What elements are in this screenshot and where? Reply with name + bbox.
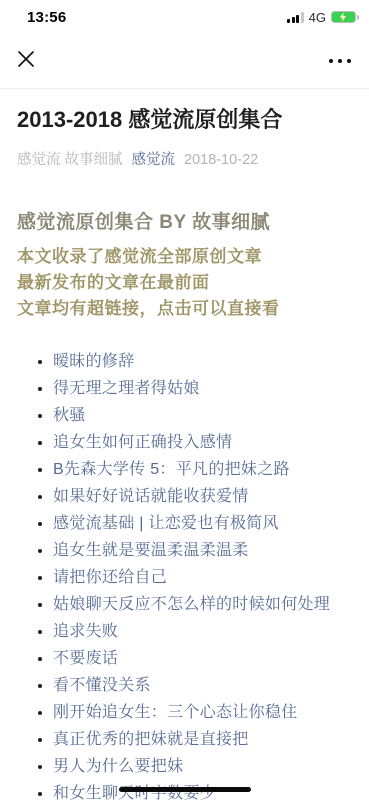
list-item: 请把你还给自己: [53, 564, 352, 591]
article-link[interactable]: 暧昧的修辞: [53, 353, 135, 370]
article-link[interactable]: 秋骚: [53, 407, 86, 424]
article-link[interactable]: 得无理之理者得姑娘: [53, 380, 200, 397]
list-item: 男人为什么要把妹: [53, 753, 352, 780]
article-link[interactable]: 看不懂没关系: [53, 677, 151, 694]
network-type-label: 4G: [309, 10, 326, 25]
clock: 13:56: [27, 9, 66, 26]
article-link[interactable]: 刚开始追女生：三个心态让你稳住: [53, 704, 298, 721]
list-item: B先森大学传 5：平凡的把妹之路: [53, 456, 352, 483]
phone-screen: 13:56 4G 2013-2018 感觉流原创集合 感觉: [0, 0, 369, 800]
list-item: 不要废话: [53, 645, 352, 672]
battery-charging-icon: [331, 11, 356, 23]
list-item: 感觉流基础 | 让恋爱也有极简风: [53, 510, 352, 537]
status-icons: 4G: [287, 10, 356, 25]
article-link[interactable]: 如果好好说话就能收获爱情: [53, 488, 249, 505]
list-item: 如果好好说话就能收获爱情: [53, 483, 352, 510]
article-link[interactable]: 追求失败: [53, 623, 118, 640]
home-indicator[interactable]: [119, 787, 251, 792]
list-item: 姑娘聊天反应不怎么样的时候如何处理: [53, 591, 352, 618]
list-item: 追求失败: [53, 618, 352, 645]
list-item: 追女生如何正确投入感情: [53, 429, 352, 456]
article-link-list: 暧昧的修辞 得无理之理者得姑娘 秋骚 追女生如何正确投入感情 B先森大学传 5：…: [17, 348, 352, 800]
article-title: 2013-2018 感觉流原创集合: [17, 104, 352, 135]
article-link[interactable]: 追女生如何正确投入感情: [53, 434, 232, 451]
close-icon: [16, 49, 36, 69]
article-meta: 感觉流 故事细腻 感觉流 2018-10-22: [17, 148, 352, 169]
article-link[interactable]: B先森大学传 5：平凡的把妹之路: [53, 461, 290, 478]
article-link[interactable]: 男人为什么要把妹: [53, 758, 183, 775]
article-body: 2013-2018 感觉流原创集合 感觉流 故事细腻 感觉流 2018-10-2…: [0, 104, 369, 800]
author-label: 感觉流 故事细腻: [17, 148, 123, 169]
list-item: 追女生就是要温柔温柔温柔: [53, 537, 352, 564]
article-link[interactable]: 不要废话: [53, 650, 118, 667]
article-link[interactable]: 姑娘聊天反应不怎么样的时候如何处理: [53, 596, 330, 613]
article-link[interactable]: 感觉流基础 | 让恋爱也有极简风: [53, 515, 279, 532]
signal-strength-icon: [287, 12, 304, 23]
article-link[interactable]: 请把你还给自己: [53, 569, 167, 586]
list-item: 秋骚: [53, 402, 352, 429]
more-options-button[interactable]: [329, 55, 352, 64]
lightning-bolt-icon: [338, 12, 348, 22]
close-button[interactable]: [16, 49, 36, 69]
publish-date: 2018-10-22: [184, 152, 258, 168]
list-item: 暧昧的修辞: [53, 348, 352, 375]
status-bar: 13:56 4G: [0, 0, 369, 30]
article-link[interactable]: 追女生就是要温柔温柔温柔: [53, 542, 249, 559]
list-item: 真正优秀的把妹就是直接把: [53, 726, 352, 753]
intro-line: 本文收录了感觉流全部原创文章: [17, 244, 352, 270]
list-item: 得无理之理者得姑娘: [53, 375, 352, 402]
intro-line: 文章均有超链接，点击可以直接看: [17, 296, 352, 322]
list-item: 看不懂没关系: [53, 672, 352, 699]
ellipsis-icon: [329, 59, 334, 64]
nav-bar: [0, 30, 369, 89]
account-link[interactable]: 感觉流: [132, 148, 176, 169]
intro-line: 最新发布的文章在最前面: [17, 270, 352, 296]
list-item: 刚开始追女生：三个心态让你稳住: [53, 699, 352, 726]
article-link[interactable]: 真正优秀的把妹就是直接把: [53, 731, 249, 748]
intro-heading: 感觉流原创集合 BY 故事细腻: [17, 207, 352, 234]
intro-section: 感觉流原创集合 BY 故事细腻 本文收录了感觉流全部原创文章 最新发布的文章在最…: [17, 207, 352, 322]
intro-lines: 本文收录了感觉流全部原创文章 最新发布的文章在最前面 文章均有超链接，点击可以直…: [17, 244, 352, 322]
